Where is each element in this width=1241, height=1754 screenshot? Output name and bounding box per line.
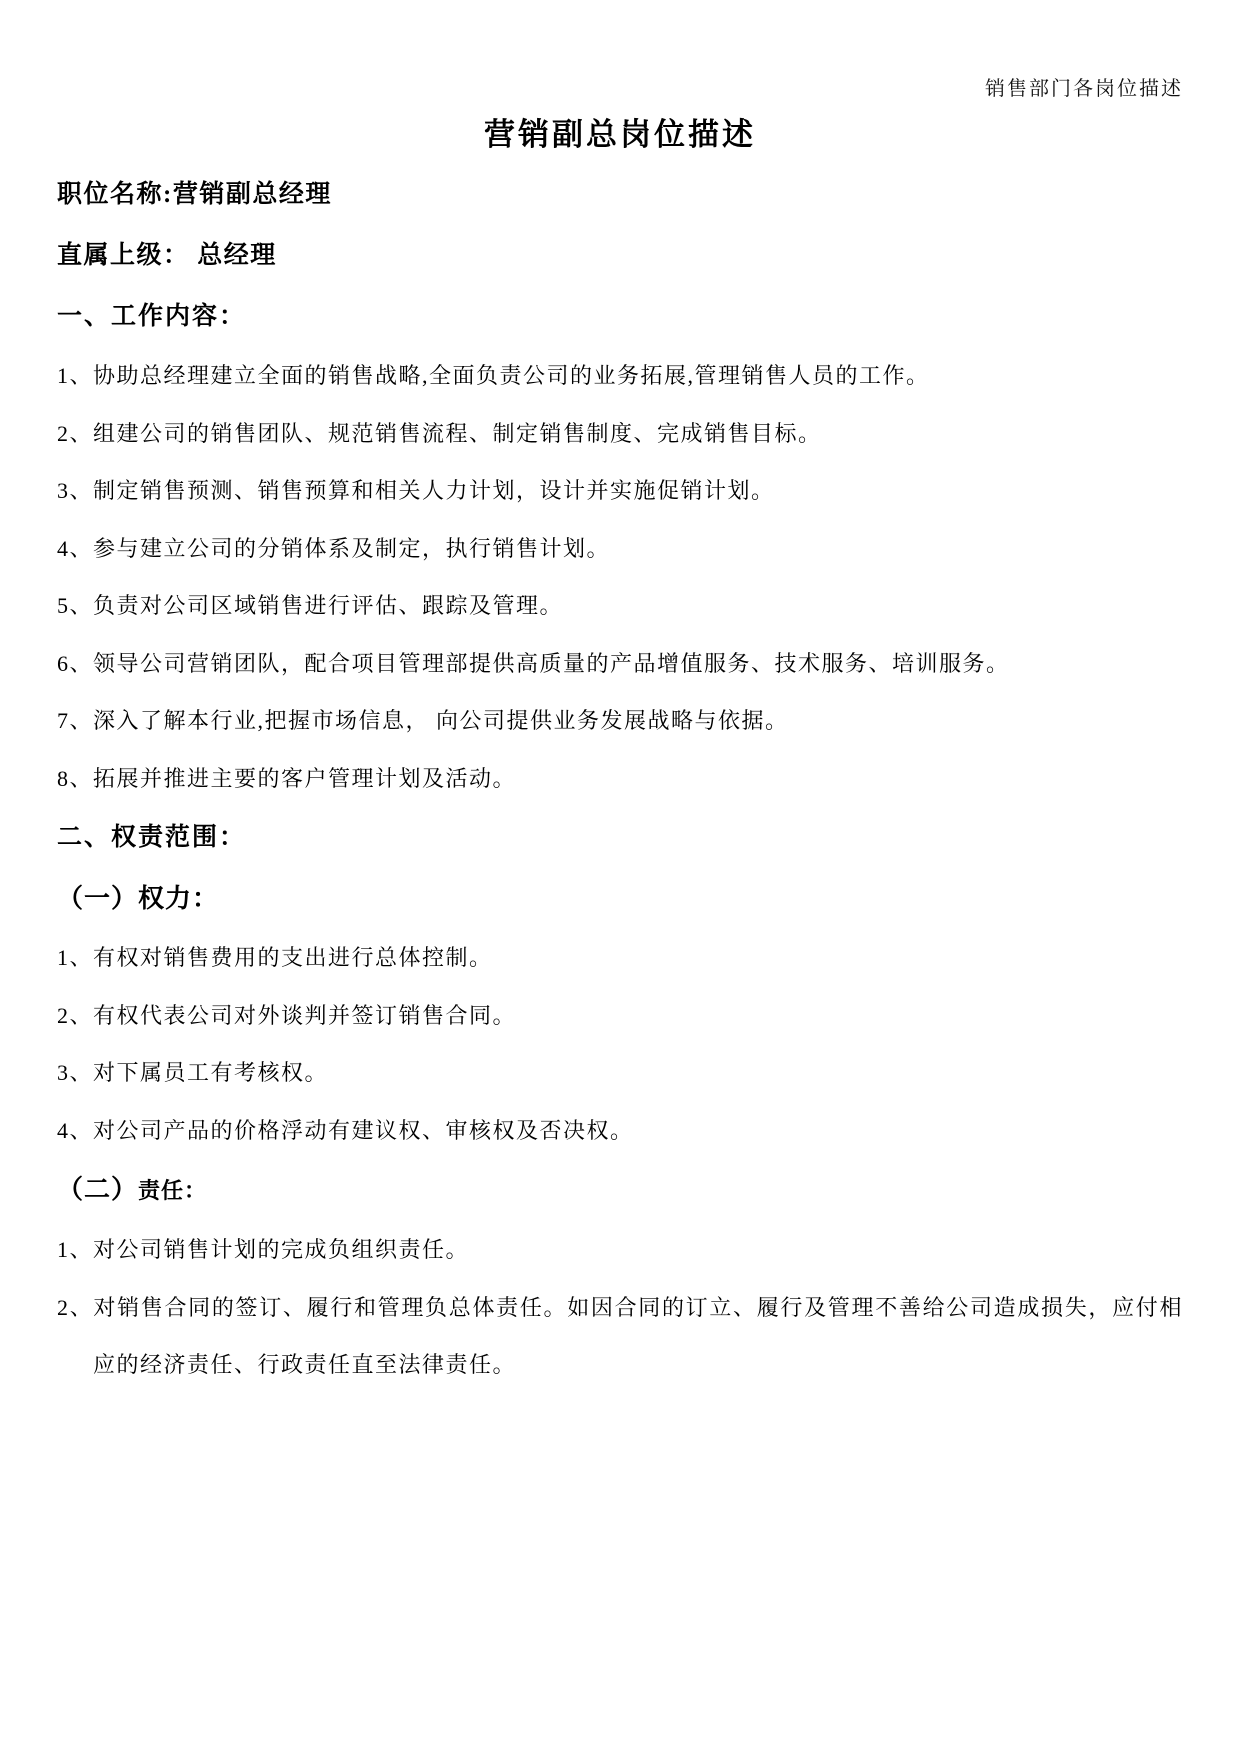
work-item: 3、制定销售预测、销售预算和相关人力计划，设计并实施促销计划。 bbox=[57, 462, 1183, 520]
field-direct-supervisor: 直属上级： 总经理 bbox=[57, 225, 1183, 286]
page-title: 营销副总岗位描述 bbox=[57, 112, 1183, 158]
field-block: 职位名称:营销副总经理 直属上级： 总经理 bbox=[57, 164, 1183, 286]
work-item: 4、参与建立公司的分销体系及制定，执行销售计划。 bbox=[57, 520, 1183, 578]
power-item: 3、对下属员工有考核权。 bbox=[57, 1044, 1183, 1102]
document-header: 销售部门各岗位描述 bbox=[57, 76, 1183, 102]
work-item: 1、协助总经理建立全面的销售战略,全面负责公司的业务拓展,管理销售人员的工作。 bbox=[57, 347, 1183, 405]
work-item: 5、负责对公司区域销售进行评估、跟踪及管理。 bbox=[57, 577, 1183, 635]
duty-heading-prefix: （二） bbox=[57, 1175, 138, 1204]
power-item: 2、有权代表公司对外谈判并签订销售合同。 bbox=[57, 987, 1183, 1045]
section-work-list: 1、协助总经理建立全面的销售战略,全面负责公司的业务拓展,管理销售人员的工作。 … bbox=[57, 347, 1183, 807]
subsection-duty-list: 1、对公司销售计划的完成负组织责任。 2、对销售合同的签订、履行和管理负总体责任… bbox=[57, 1221, 1183, 1394]
section-scope-heading: 二、权责范围： bbox=[57, 807, 1183, 868]
header-note: 销售部门各岗位描述 bbox=[985, 78, 1183, 100]
duty-item: 2、对销售合同的签订、履行和管理负总体责任。如因合同的订立、履行及管理不善给公司… bbox=[57, 1279, 1183, 1394]
section-work-heading: 一、工作内容： bbox=[57, 286, 1183, 347]
work-item: 8、拓展并推进主要的客户管理计划及活动。 bbox=[57, 750, 1183, 808]
power-item: 1、有权对销售费用的支出进行总体控制。 bbox=[57, 929, 1183, 987]
work-item: 2、组建公司的销售团队、规范销售流程、制定销售制度、完成销售目标。 bbox=[57, 405, 1183, 463]
subsection-power-list: 1、有权对销售费用的支出进行总体控制。 2、有权代表公司对外谈判并签订销售合同。… bbox=[57, 929, 1183, 1159]
power-item: 4、对公司产品的价格浮动有建议权、审核权及否决权。 bbox=[57, 1102, 1183, 1160]
field-position-name: 职位名称:营销副总经理 bbox=[57, 164, 1183, 225]
work-item: 6、领导公司营销团队，配合项目管理部提供高质量的产品增值服务、技术服务、培训服务… bbox=[57, 635, 1183, 693]
work-item: 7、深入了解本行业,把握市场信息， 向公司提供业务发展战略与依据。 bbox=[57, 692, 1183, 750]
duty-heading-label: 责任： bbox=[138, 1178, 207, 1203]
subsection-power-heading: （一）权力： bbox=[57, 868, 1183, 929]
subsection-duty-heading: （二）责任： bbox=[57, 1159, 1183, 1221]
document-page: 销售部门各岗位描述 营销副总岗位描述 职位名称:营销副总经理 直属上级： 总经理… bbox=[0, 0, 1241, 1754]
duty-item: 1、对公司销售计划的完成负组织责任。 bbox=[57, 1221, 1183, 1279]
